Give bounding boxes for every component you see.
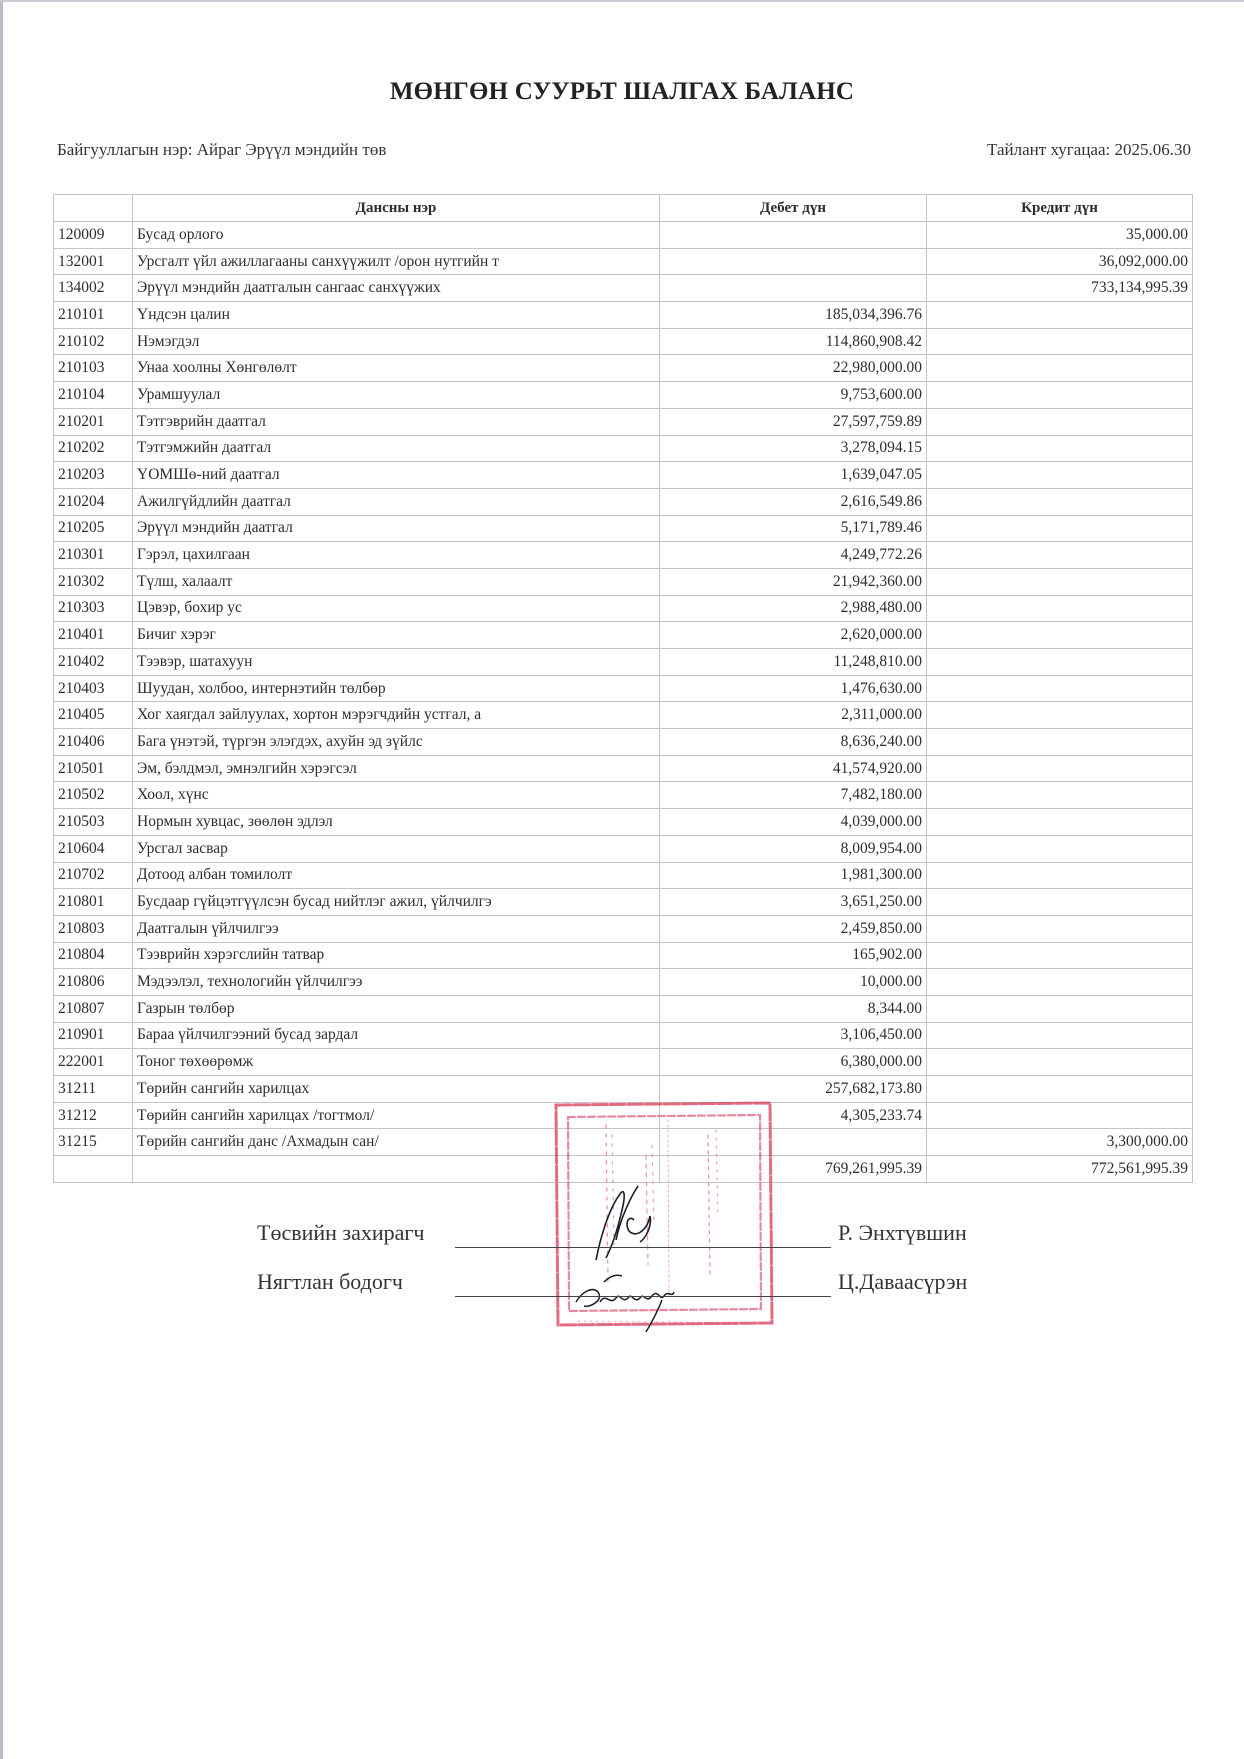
account-name: Нэмэгдэл [133,328,660,355]
page-top-border [0,0,1244,2]
debit-amount: 27,597,759.89 [660,408,927,435]
account-name: Эрүүл мэндийн даатгал [133,515,660,542]
credit-amount: 35,000.00 [927,222,1193,249]
table-row: 222001Тоног төхөөрөмж6,380,000.00 [54,1049,1193,1076]
signature-role: Нягтлан бодогч [257,1269,403,1295]
header-credit: Кредит дүн [927,195,1193,222]
table-row: 210803Даатгалын үйлчилгээ2,459,850.00 [54,915,1193,942]
credit-amount [927,835,1193,862]
table-body: 120009Бусад орлого35,000.00132001Урсгалт… [54,222,1193,1156]
account-code: 134002 [54,275,133,302]
table-row: 210503Нормын хувцас, зөөлөн эдлэл4,039,0… [54,809,1193,836]
credit-amount [927,595,1193,622]
table-row: 134002Эрүүл мэндийн даатгалын сангаас са… [54,275,1193,302]
account-name: Мэдээлэл, технологийн үйлчилгээ [133,969,660,996]
reporting-period: Тайлант хугацаа: 2025.06.30 [987,140,1191,160]
account-code: 210702 [54,862,133,889]
account-code: 132001 [54,248,133,275]
account-name: Шуудан, холбоо, интернэтийн төлбөр [133,675,660,702]
credit-amount [927,755,1193,782]
total-debit: 769,261,995.39 [660,1156,927,1183]
debit-amount: 257,682,173.80 [660,1076,927,1103]
account-name: Ажилгүйдлийн даатгал [133,488,660,515]
table-row: 210302Түлш, халаалт21,942,360.00 [54,568,1193,595]
credit-amount [927,542,1193,569]
credit-amount [927,382,1193,409]
table-row: 210804Тээврийн хэрэгслийн татвар165,902.… [54,942,1193,969]
debit-amount: 21,942,360.00 [660,568,927,595]
credit-amount [927,889,1193,916]
account-name: Урсгал засвар [133,835,660,862]
account-code: 210803 [54,915,133,942]
table-row: 210801Бусдаар гүйцэтгүүлсэн бусад нийтлэ… [54,889,1193,916]
credit-amount: 36,092,000.00 [927,248,1193,275]
account-code: 210403 [54,675,133,702]
account-name: Дотоод албан томилолт [133,862,660,889]
account-name: Хог хаягдал зайлуулах, хортон мэрэгчдийн… [133,702,660,729]
organization-name: Байгууллагын нэр: Айраг Эрүүл мэндийн тө… [57,140,386,160]
account-code: 210405 [54,702,133,729]
account-code: 210204 [54,488,133,515]
debit-amount: 8,636,240.00 [660,729,927,756]
totals-code [54,1156,133,1183]
account-name: Төрийн сангийн данс /Ахмадын сан/ [133,1129,660,1156]
trial-balance-table: Дансны нэр Дебет дүн Кредит дүн 120009Бу… [53,194,1193,1183]
account-code: 210406 [54,729,133,756]
account-code: 210205 [54,515,133,542]
table-row: 210501Эм, бэлдмэл, эмнэлгийн хэрэгсэл41,… [54,755,1193,782]
table-header-row: Дансны нэр Дебет дүн Кредит дүн [54,195,1193,222]
account-name: Бичиг хэрэг [133,622,660,649]
credit-amount [927,328,1193,355]
account-code: 120009 [54,222,133,249]
account-code: 210501 [54,755,133,782]
totals-row: 769,261,995.39 772,561,995.39 [54,1156,1193,1183]
credit-amount [927,969,1193,996]
account-name: Төрийн сангийн харилцах /тогтмол/ [133,1102,660,1129]
account-name: Цэвэр, бохир ус [133,595,660,622]
table-row: 210405Хог хаягдал зайлуулах, хортон мэрэ… [54,702,1193,729]
debit-amount: 185,034,396.76 [660,302,927,329]
header-debit: Дебет дүн [660,195,927,222]
account-code: 210101 [54,302,133,329]
account-name: Унаа хоолны Хөнгөлөлт [133,355,660,382]
table-row: 210103Унаа хоолны Хөнгөлөлт22,980,000.00 [54,355,1193,382]
debit-amount: 2,620,000.00 [660,622,927,649]
table-row: 210301Гэрэл, цахилгаан4,249,772.26 [54,542,1193,569]
table-row: 210202Тэтгэмжийн даатгал3,278,094.15 [54,435,1193,462]
account-name: Бага үнэтэй, түргэн элэгдэх, ахуйн эд зү… [133,729,660,756]
debit-amount [660,222,927,249]
totals-label [133,1156,660,1183]
debit-amount [660,248,927,275]
debit-amount [660,1129,927,1156]
account-name: ҮОМШө-ний даатгал [133,462,660,489]
credit-amount: 733,134,995.39 [927,275,1193,302]
table-row: 210402Тээвэр, шатахуун11,248,810.00 [54,649,1193,676]
debit-amount: 2,988,480.00 [660,595,927,622]
credit-amount [927,1076,1193,1103]
document-title: МӨНГӨН СУУРЬТ ШАЛГАХ БАЛАНС [0,78,1244,106]
debit-amount: 1,639,047.05 [660,462,927,489]
debit-amount: 22,980,000.00 [660,355,927,382]
debit-amount [660,275,927,302]
account-name: Тээвэр, шатахуун [133,649,660,676]
account-code: 210503 [54,809,133,836]
debit-amount: 4,039,000.00 [660,809,927,836]
debit-amount: 114,860,908.42 [660,328,927,355]
account-name: Бусдаар гүйцэтгүүлсэн бусад нийтлэг ажил… [133,889,660,916]
account-name: Гэрэл, цахилгаан [133,542,660,569]
director-signature-icon [590,1180,660,1265]
debit-amount: 10,000.00 [660,969,927,996]
debit-amount: 8,009,954.00 [660,835,927,862]
signature-person: Р. Энхтүвшин [838,1220,967,1246]
account-code: 210807 [54,995,133,1022]
table-row: 132001Урсгалт үйл ажиллагааны санхүүжилт… [54,248,1193,275]
account-name: Газрын төлбөр [133,995,660,1022]
account-name: Түлш, халаалт [133,568,660,595]
credit-amount [927,1022,1193,1049]
table-row: 210201Тэтгэврийн даатгал27,597,759.89 [54,408,1193,435]
header-account-name: Дансны нэр [133,195,660,222]
table-row: 210102Нэмэгдэл114,860,908.42 [54,328,1193,355]
credit-amount [927,408,1193,435]
debit-amount: 4,305,233.74 [660,1102,927,1129]
credit-amount [927,1102,1193,1129]
debit-amount: 3,106,450.00 [660,1022,927,1049]
table-row: 31215Төрийн сангийн данс /Ахмадын сан/3,… [54,1129,1193,1156]
table-row: 210101Үндсэн цалин185,034,396.76 [54,302,1193,329]
table-row: 210303Цэвэр, бохир ус2,988,480.00 [54,595,1193,622]
account-code: 210302 [54,568,133,595]
account-code: 210103 [54,355,133,382]
total-credit: 772,561,995.39 [927,1156,1193,1183]
table-row: 210203ҮОМШө-ний даатгал1,639,047.05 [54,462,1193,489]
table-row: 120009Бусад орлого35,000.00 [54,222,1193,249]
table-row: 210204Ажилгүйдлийн даатгал2,616,549.86 [54,488,1193,515]
table-row: 210104Урамшуулал9,753,600.00 [54,382,1193,409]
table-row: 210901Бараа үйлчилгээний бусад зардал3,1… [54,1022,1193,1049]
account-code: 210402 [54,649,133,676]
credit-amount [927,302,1193,329]
account-code: 210301 [54,542,133,569]
debit-amount: 8,344.00 [660,995,927,1022]
account-code: 210104 [54,382,133,409]
credit-amount [927,622,1193,649]
credit-amount [927,568,1193,595]
account-code: 222001 [54,1049,133,1076]
debit-amount: 9,753,600.00 [660,382,927,409]
debit-amount: 11,248,810.00 [660,649,927,676]
table-row: 31212Төрийн сангийн харилцах /тогтмол/4,… [54,1102,1193,1129]
debit-amount: 2,616,549.86 [660,488,927,515]
credit-amount [927,1049,1193,1076]
account-code: 210804 [54,942,133,969]
page-left-border [0,0,3,1759]
account-code: 210801 [54,889,133,916]
account-name: Тэтгэмжийн даатгал [133,435,660,462]
credit-amount [927,488,1193,515]
account-code: 210502 [54,782,133,809]
accountant-signature-icon [570,1262,690,1334]
table-row: 210205Эрүүл мэндийн даатгал5,171,789.46 [54,515,1193,542]
signature-role: Төсвийн захирагч [257,1220,425,1246]
account-name: Тээврийн хэрэгслийн татвар [133,942,660,969]
credit-amount [927,915,1193,942]
debit-amount: 2,311,000.00 [660,702,927,729]
account-name: Бусад орлого [133,222,660,249]
debit-amount: 41,574,920.00 [660,755,927,782]
account-name: Бараа үйлчилгээний бусад зардал [133,1022,660,1049]
debit-amount: 6,380,000.00 [660,1049,927,1076]
account-code: 210202 [54,435,133,462]
debit-amount: 165,902.00 [660,942,927,969]
table-row: 210807Газрын төлбөр8,344.00 [54,995,1193,1022]
account-name: Тэтгэврийн даатгал [133,408,660,435]
account-name: Нормын хувцас, зөөлөн эдлэл [133,809,660,836]
debit-amount: 1,981,300.00 [660,862,927,889]
table-row: 210806Мэдээлэл, технологийн үйлчилгээ10,… [54,969,1193,996]
signature-line [455,1296,831,1297]
credit-amount [927,782,1193,809]
table-row: 210702Дотоод албан томилолт1,981,300.00 [54,862,1193,889]
credit-amount [927,649,1193,676]
credit-amount [927,675,1193,702]
account-name: Урамшуулал [133,382,660,409]
credit-amount [927,702,1193,729]
debit-amount: 2,459,850.00 [660,915,927,942]
debit-amount: 7,482,180.00 [660,782,927,809]
debit-amount: 5,171,789.46 [660,515,927,542]
credit-amount [927,515,1193,542]
account-code: 31211 [54,1076,133,1103]
table-row: 31211Төрийн сангийн харилцах257,682,173.… [54,1076,1193,1103]
credit-amount [927,462,1193,489]
debit-amount: 3,651,250.00 [660,889,927,916]
account-code: 210102 [54,328,133,355]
account-name: Урсгалт үйл ажиллагааны санхүүжилт /орон… [133,248,660,275]
debit-amount: 1,476,630.00 [660,675,927,702]
account-name: Тоног төхөөрөмж [133,1049,660,1076]
account-name: Үндсэн цалин [133,302,660,329]
signature-person: Ц.Даваасүрэн [838,1269,967,1295]
account-code: 210201 [54,408,133,435]
account-code: 210806 [54,969,133,996]
account-code: 210604 [54,835,133,862]
debit-amount: 4,249,772.26 [660,542,927,569]
account-name: Хоол, хүнс [133,782,660,809]
table-row: 210604Урсгал засвар8,009,954.00 [54,835,1193,862]
credit-amount [927,809,1193,836]
account-name: Эм, бэлдмэл, эмнэлгийн хэрэгсэл [133,755,660,782]
credit-amount [927,942,1193,969]
account-name: Даатгалын үйлчилгээ [133,915,660,942]
table-row: 210502Хоол, хүнс7,482,180.00 [54,782,1193,809]
account-name: Эрүүл мэндийн даатгалын сангаас санхүүжи… [133,275,660,302]
account-code: 210901 [54,1022,133,1049]
account-code: 210303 [54,595,133,622]
credit-amount [927,355,1193,382]
credit-amount [927,995,1193,1022]
credit-amount: 3,300,000.00 [927,1129,1193,1156]
header-code [54,195,133,222]
table-row: 210401Бичиг хэрэг2,620,000.00 [54,622,1193,649]
signature-line [455,1247,831,1248]
credit-amount [927,862,1193,889]
account-code: 31212 [54,1102,133,1129]
credit-amount [927,435,1193,462]
table-row: 210403Шуудан, холбоо, интернэтийн төлбөр… [54,675,1193,702]
credit-amount [927,729,1193,756]
debit-amount: 3,278,094.15 [660,435,927,462]
account-code: 31215 [54,1129,133,1156]
account-code: 210203 [54,462,133,489]
table-row: 210406Бага үнэтэй, түргэн элэгдэх, ахуйн… [54,729,1193,756]
account-code: 210401 [54,622,133,649]
account-name: Төрийн сангийн харилцах [133,1076,660,1103]
